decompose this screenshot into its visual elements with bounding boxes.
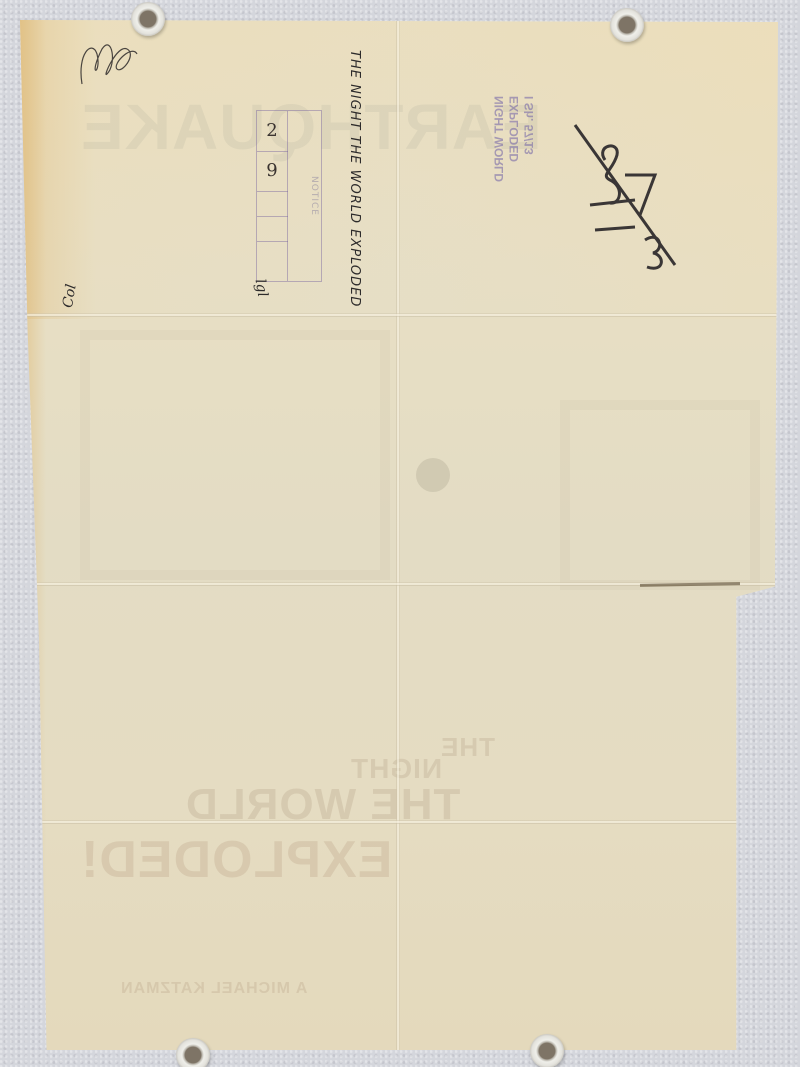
handwritten-lot-number [565, 115, 685, 275]
show-through-credits: A MICHAEL KATZMAN [120, 980, 307, 998]
horizontal-fold-line [20, 820, 778, 824]
paper-edge-stain [20, 20, 46, 1050]
notice-box: 2 9 NOTICE [256, 110, 322, 282]
ink-stamp: NIGHT WORLD EXPLODED I Sh. 57/13 [438, 96, 492, 266]
notice-text: NOTICE [291, 111, 319, 281]
mounting-grommet [530, 1034, 564, 1067]
handwritten-initials: lgl [252, 278, 271, 298]
horizontal-fold-line [20, 313, 778, 317]
show-through-dot [416, 458, 450, 492]
mounting-grommet [610, 8, 644, 42]
handwritten-title-text: THE NIGHT THE WORLD EXPLODED [347, 50, 362, 307]
stamp-line: I Sh. 57/13 [522, 96, 537, 266]
notice-cell [257, 191, 288, 217]
handwritten-title: THE NIGHT THE WORLD EXPLODED [338, 50, 362, 310]
notice-cell: 9 [257, 151, 288, 192]
show-through-title-line: EXPLODED! [80, 830, 392, 890]
notice-heading: NOTICE [309, 111, 319, 281]
vertical-fold-line [396, 20, 400, 1050]
stamp-line: EXPLODED [507, 96, 522, 266]
notice-cell [257, 216, 288, 242]
pen-scribble [72, 34, 142, 94]
notice-cell [257, 241, 288, 281]
stamp-line: NIGHT WORLD [492, 96, 507, 266]
show-through-image-area [80, 330, 390, 580]
notice-cell: 2 [257, 111, 288, 152]
show-through-image-area [560, 400, 760, 590]
show-through-title-line: THE [440, 732, 495, 763]
mounting-grommet [176, 1038, 210, 1067]
mounting-grommet [131, 2, 165, 36]
poster-back: EARTHQUAKE THE NIGHT THE WORLD EXPLODED!… [20, 20, 778, 1050]
